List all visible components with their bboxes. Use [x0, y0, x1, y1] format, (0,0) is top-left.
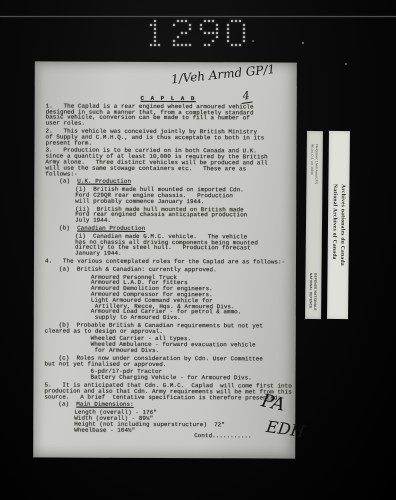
- counter-dot: [216, 24, 218, 26]
- counter-dot: [177, 20, 179, 22]
- counter-dot: [154, 28, 156, 30]
- counter-dot-empty: [173, 36, 175, 38]
- counter-dot-empty: [208, 28, 210, 30]
- counter-dot-empty: [212, 24, 214, 26]
- counter-dot-empty: [235, 40, 237, 42]
- counter-dot-empty: [158, 32, 160, 34]
- counter-dot-empty: [239, 32, 241, 34]
- counter-dot-empty: [239, 28, 241, 30]
- document-line: will probably commence January 1944.: [75, 198, 290, 205]
- document-page: 1/Veh Armd GP/1 4 C A P L A D1. The Capl…: [33, 61, 297, 458]
- counter-dot-empty: [208, 36, 210, 38]
- counter-dot-empty: [150, 20, 152, 22]
- counter-dot: [235, 20, 237, 22]
- counter-dot-empty: [235, 32, 237, 34]
- counter-dot-empty: [200, 40, 202, 42]
- counter-dot-empty: [208, 40, 210, 42]
- counter-dot: [243, 28, 245, 30]
- counter-dot-empty: [212, 28, 214, 30]
- counter-dot: [227, 40, 229, 42]
- counter-dot: [227, 32, 229, 34]
- counter-dot: [181, 32, 183, 34]
- film-speck: [252, 40, 254, 42]
- counter-dot-empty: [204, 36, 206, 38]
- counter-dot-empty: [158, 36, 160, 38]
- counter-dot: [204, 32, 206, 34]
- counter-dot-empty: [185, 28, 187, 30]
- national-defence-line2: DEFENSE NATIONALE: [313, 273, 318, 311]
- counter-dot-empty: [239, 24, 241, 26]
- counter-dot-empty: [173, 28, 175, 30]
- counter-digit: [146, 20, 166, 48]
- counter-dot-empty: [189, 36, 191, 38]
- document-line: user roles.: [46, 121, 291, 128]
- counter-dot: [150, 44, 152, 46]
- counter-dot: [216, 32, 218, 34]
- counter-dot: [204, 44, 206, 46]
- counter-dot-empty: [204, 24, 206, 26]
- document-line: Battery Charging Vehicle - for Armoured …: [90, 375, 289, 382]
- counter-dot: [173, 40, 175, 42]
- counter-dot-empty: [185, 24, 187, 26]
- counter-dot-empty: [146, 28, 148, 30]
- counter-digit: [173, 20, 193, 48]
- counter-dot-empty: [158, 40, 160, 42]
- counter-dot-empty: [181, 28, 183, 30]
- counter-dot-empty: [146, 20, 148, 22]
- counter-dot-empty: [227, 20, 229, 22]
- counter-dot-empty: [216, 40, 218, 42]
- national-archives-label: National Archives of Canada Archives nat…: [330, 184, 347, 266]
- document-line: follows:-: [45, 171, 290, 178]
- counter-dot: [231, 44, 233, 46]
- counter-dot: [154, 40, 156, 42]
- counter-dot-empty: [216, 44, 218, 46]
- counter-dot: [181, 20, 183, 22]
- counter-dot: [227, 36, 229, 38]
- counter-dot: [208, 20, 210, 22]
- counter-dot-empty: [200, 20, 202, 22]
- counter-dot: [243, 32, 245, 34]
- counter-dot-empty: [231, 36, 233, 38]
- counter-dot: [243, 36, 245, 38]
- counter-dot-empty: [146, 40, 148, 42]
- counter-dot-empty: [150, 40, 152, 42]
- counter-dot-empty: [173, 20, 175, 22]
- counter-dot: [181, 44, 183, 46]
- counter-dot-empty: [158, 20, 160, 22]
- counter-dot: [212, 32, 214, 34]
- counter-dot-empty: [235, 28, 237, 30]
- film-speck: [302, 42, 304, 44]
- counter-dot: [200, 28, 202, 30]
- counter-dot: [212, 20, 214, 22]
- document-line: July 1944.: [75, 218, 290, 225]
- counter-dot-empty: [200, 44, 202, 46]
- counter-dot-empty: [177, 32, 179, 34]
- document-line: (a) U.K. Production: [59, 179, 290, 186]
- counter-dot: [239, 44, 241, 46]
- counter-dot-empty: [185, 40, 187, 42]
- underlined-text: Canadian Production: [77, 225, 145, 232]
- counter-dot-empty: [204, 28, 206, 30]
- counter-dot: [189, 44, 191, 46]
- counter-dot: [177, 36, 179, 38]
- document-line: 4. The various contemplated roles for th…: [45, 258, 290, 265]
- microfilm-frame: 1/Veh Armd GP/1 4 C A P L A D1. The Capl…: [0, 0, 396, 500]
- counter-dot-empty: [158, 24, 160, 26]
- underlined-text: C A P L A D: [140, 95, 195, 102]
- counter-dot-empty: [162, 36, 164, 38]
- counter-dot: [154, 24, 156, 26]
- counter-dot: [212, 40, 214, 42]
- counter-dot: [239, 20, 241, 22]
- counter-dot-empty: [162, 32, 164, 34]
- counter-dot: [185, 20, 187, 22]
- document-line: (b) Canadian Production: [59, 225, 290, 232]
- national-defence-label: NATIONAL DEFENCE DEFENSE NATIONALE: [308, 273, 317, 311]
- counter-dot: [243, 40, 245, 42]
- counter-dot-empty: [212, 44, 214, 46]
- counter-dot-empty: [239, 36, 241, 38]
- counter-dot-empty: [162, 20, 164, 22]
- counter-dot-empty: [162, 44, 164, 46]
- counter-dot: [208, 32, 210, 34]
- national-defence-strip: RG 24, C-2, vol. 16239 File/dossier: 1/V…: [305, 131, 323, 319]
- counter-digit: [200, 20, 220, 48]
- counter-dot-empty: [162, 24, 164, 26]
- counter-dot-empty: [177, 24, 179, 26]
- counter-dot-empty: [239, 40, 241, 42]
- counter-dot: [185, 44, 187, 46]
- counter-dot: [231, 20, 233, 22]
- counter-dot-empty: [235, 24, 237, 26]
- archive-reference-text: RG 24, C-2, vol. 16239 File/dossier: 1/V…: [309, 144, 318, 184]
- handwritten-file-reference: 1/Veh Armd GP/1: [170, 62, 275, 86]
- counter-dot-empty: [146, 36, 148, 38]
- counter-dot: [185, 32, 187, 34]
- counter-dot-empty: [158, 28, 160, 30]
- film-speck: [345, 63, 347, 65]
- underlined-text: Main Dimensions:: [76, 401, 133, 408]
- counter-dot: [235, 44, 237, 46]
- counter-dot: [154, 36, 156, 38]
- counter-dot-empty: [146, 32, 148, 34]
- counter-dot: [208, 44, 210, 46]
- counter-dot-empty: [150, 28, 152, 30]
- counter-dot-empty: [189, 20, 191, 22]
- counter-dot: [204, 20, 206, 22]
- counter-dot: [173, 24, 175, 26]
- counter-dot-empty: [200, 32, 202, 34]
- counter-dot-empty: [146, 44, 148, 46]
- counter-dot: [154, 44, 156, 46]
- document-line: (a) British & Canadian: currently approv…: [59, 266, 290, 273]
- counter-dot-empty: [146, 24, 148, 26]
- counter-dot-empty: [181, 40, 183, 42]
- counter-dot-empty: [177, 28, 179, 30]
- counter-dot-empty: [231, 28, 233, 30]
- counter-dot-empty: [243, 20, 245, 22]
- counter-dot: [173, 44, 175, 46]
- counter-dot-empty: [189, 40, 191, 42]
- counter-dot-empty: [231, 32, 233, 34]
- counter-dot-empty: [181, 24, 183, 26]
- counter-dot-empty: [189, 32, 191, 34]
- document-line: C A P L A D: [46, 95, 291, 102]
- counter-dot-empty: [235, 36, 237, 38]
- counter-dot: [189, 28, 191, 30]
- counter-dot: [216, 36, 218, 38]
- counter-dot-empty: [212, 36, 214, 38]
- counter-dot: [150, 24, 152, 26]
- counter-dot: [177, 44, 179, 46]
- film-frame-counter: [146, 20, 247, 48]
- counter-dot-empty: [231, 24, 233, 26]
- document-line: (a) Main Dimensions:: [58, 402, 289, 409]
- national-archives-line2: Archives nationales du Canada: [338, 184, 347, 266]
- counter-dot: [158, 44, 160, 46]
- counter-dot-empty: [173, 32, 175, 34]
- counter-dot: [189, 24, 191, 26]
- document-line: for Armoured Divs.: [95, 348, 290, 355]
- film-frame-line: [0, 16, 396, 17]
- counter-digit: [227, 20, 247, 48]
- counter-dot-empty: [231, 40, 233, 42]
- counter-dot: [154, 20, 156, 22]
- counter-dot-empty: [227, 44, 229, 46]
- counter-dot-empty: [208, 24, 210, 26]
- counter-dot: [200, 24, 202, 26]
- document-body: C A P L A D1. The Caplad is a rear engin…: [33, 95, 296, 439]
- counter-dot: [243, 24, 245, 26]
- underlined-text: U.K. Production: [77, 178, 131, 185]
- document-line: supply to Armoured Divs.: [95, 315, 290, 322]
- counter-dot-empty: [200, 36, 202, 38]
- document-line: January 1944.: [75, 251, 290, 258]
- counter-dot: [227, 28, 229, 30]
- counter-dot-empty: [185, 36, 187, 38]
- counter-dot-empty: [177, 40, 179, 42]
- counter-dot-empty: [162, 40, 164, 42]
- counter-dot-empty: [204, 40, 206, 42]
- counter-dot-empty: [181, 36, 183, 38]
- counter-dot-empty: [162, 28, 164, 30]
- archive-reference-line2: File/dossier: 1/Veh Armd GP/1: [314, 144, 319, 184]
- counter-dot-empty: [150, 32, 152, 34]
- counter-dot-empty: [216, 20, 218, 22]
- counter-dot-empty: [150, 36, 152, 38]
- document-line: source. A brief tentative specification …: [44, 394, 289, 401]
- counter-dot: [154, 32, 156, 34]
- national-archives-strip: National Archives of Canada Archives nat…: [327, 131, 350, 319]
- counter-dot: [227, 24, 229, 26]
- counter-dot-empty: [243, 44, 245, 46]
- counter-dot: [216, 28, 218, 30]
